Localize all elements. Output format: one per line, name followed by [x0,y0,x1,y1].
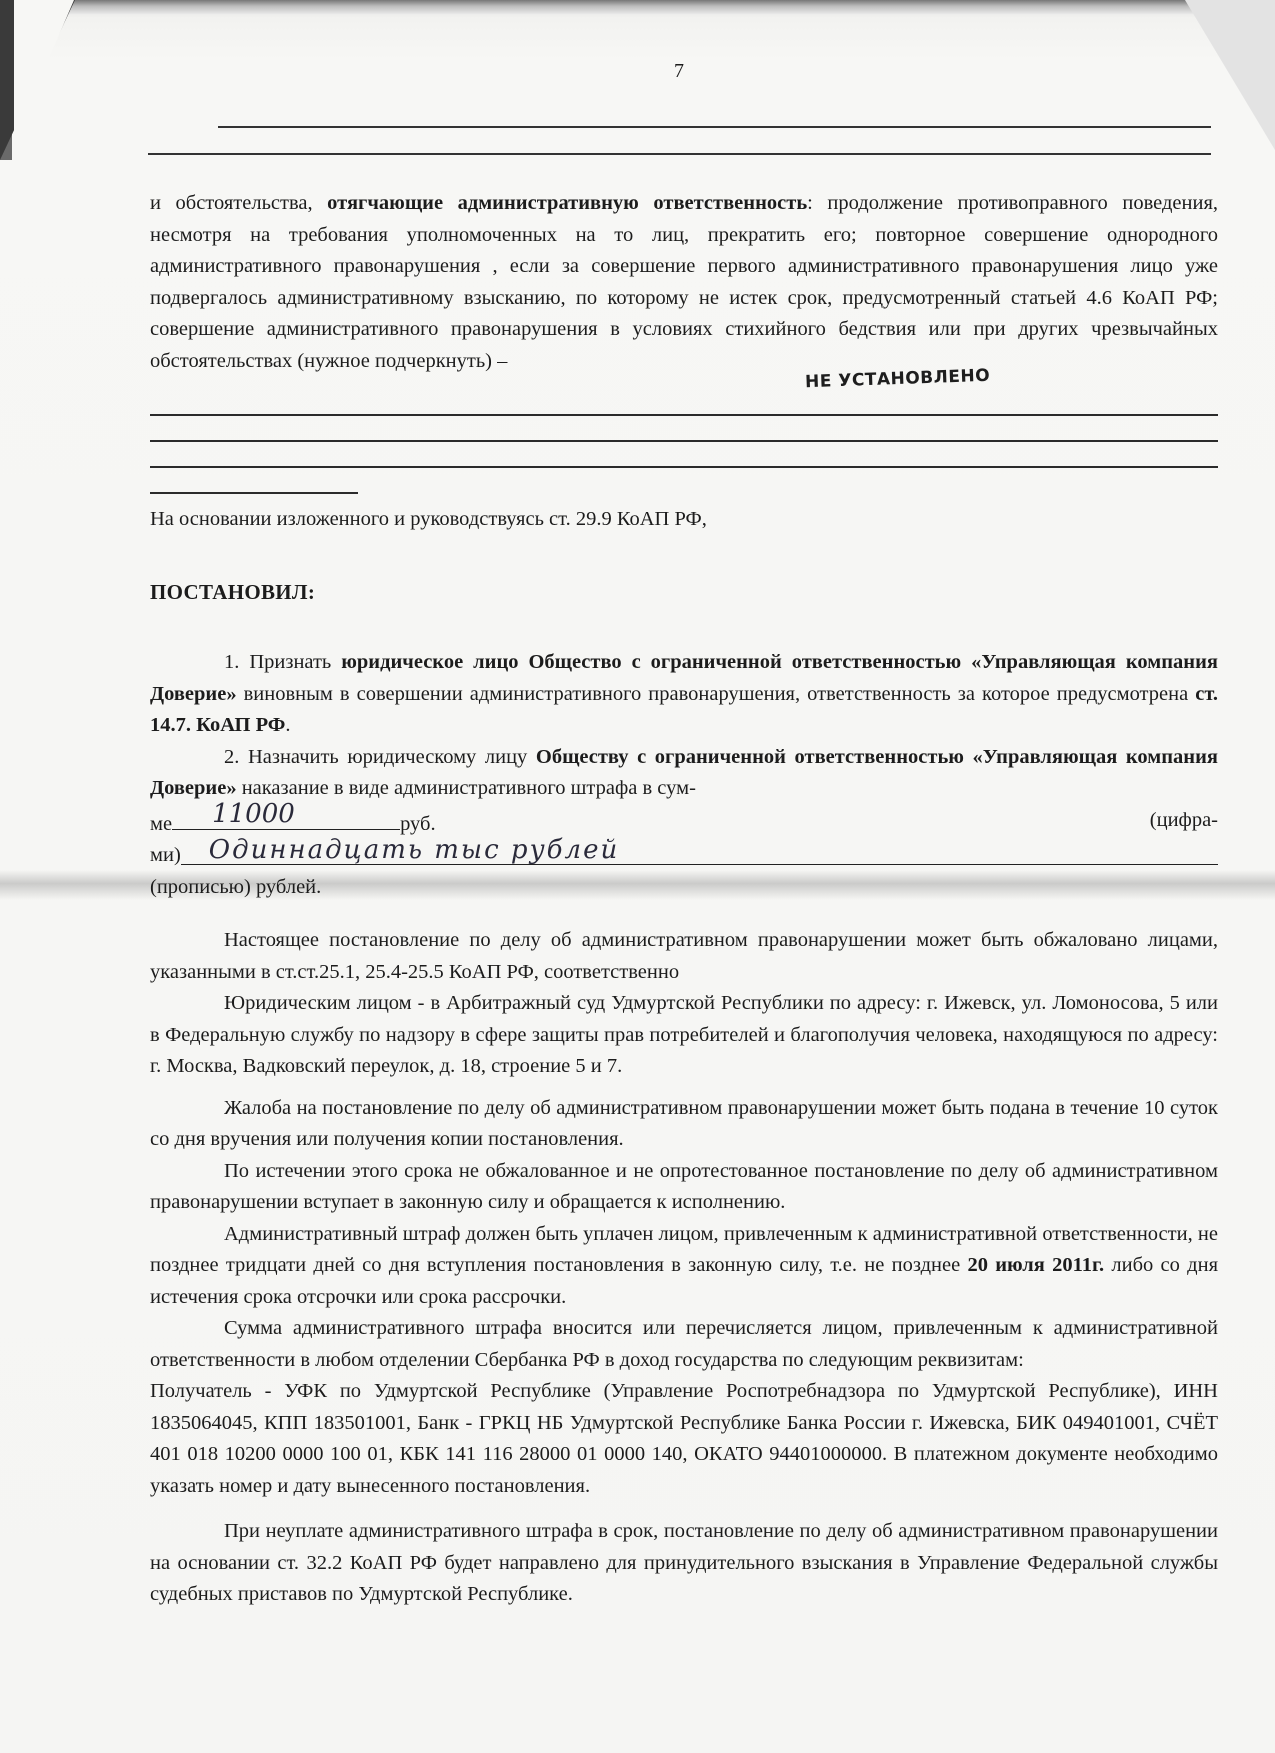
fine-amount-words-row: ми) Одиннадцать тыс рублей [150,840,1218,872]
payment-deadline-date: 20 июля 2011г. [967,1254,1104,1276]
aggravating-term: отягчающие административную ответственно… [327,192,807,214]
blank-line [218,126,1211,128]
scanned-page: 7 НЕ УСТАНОВЛЕНО и обстоятельства, отягч… [0,0,1275,1753]
appeal-paragraph-2: Юридическим лицом - в Арбитражный суд Уд… [150,988,1218,1083]
decision-item-1: 1. Признать юридическое лицо Общество с … [150,647,1218,742]
fine-amount-words-label: (прописью) рублей. [150,872,1218,904]
legal-basis: На основании изложенного и руководствуяс… [150,504,1218,536]
appeal-paragraph-4: По истечении этого срока не обжалованное… [150,1156,1218,1219]
decision-heading: ПОСТАНОВИЛ: [150,577,1218,609]
payment-requisites: Получатель - УФК по Удмуртской Республик… [150,1376,1218,1502]
payment-instructions: Сумма административного штрафа вносится … [150,1313,1218,1376]
payment-deadline: Административный штраф должен быть уплач… [150,1219,1218,1314]
non-payment-consequence: При неуплате административного штрафа в … [150,1516,1218,1611]
document-body: и обстоятельства, отягчающие администрат… [150,188,1218,1611]
folded-corner [14,0,74,140]
fine-amount-digits-field: 11000 [172,805,400,830]
handwritten-amount-digits: 11000 [212,799,295,831]
page-number: 7 [674,60,684,83]
blank-line [148,153,1211,155]
appeal-paragraph-1: Настоящее постановление по делу об админ… [150,925,1218,988]
decision-item-2: 2. Назначить юридическому лицу Обществу … [150,742,1218,805]
appeal-paragraph-3: Жалоба на постановление по делу об админ… [150,1093,1218,1156]
aggravating-circumstances: и обстоятельства, отягчающие администрат… [150,188,1218,377]
scan-top-edge [40,0,1275,14]
fine-amount-words-field: Одиннадцать тыс рублей [181,840,1218,865]
handwritten-amount-words: Одиннадцать тыс рублей [209,835,619,867]
